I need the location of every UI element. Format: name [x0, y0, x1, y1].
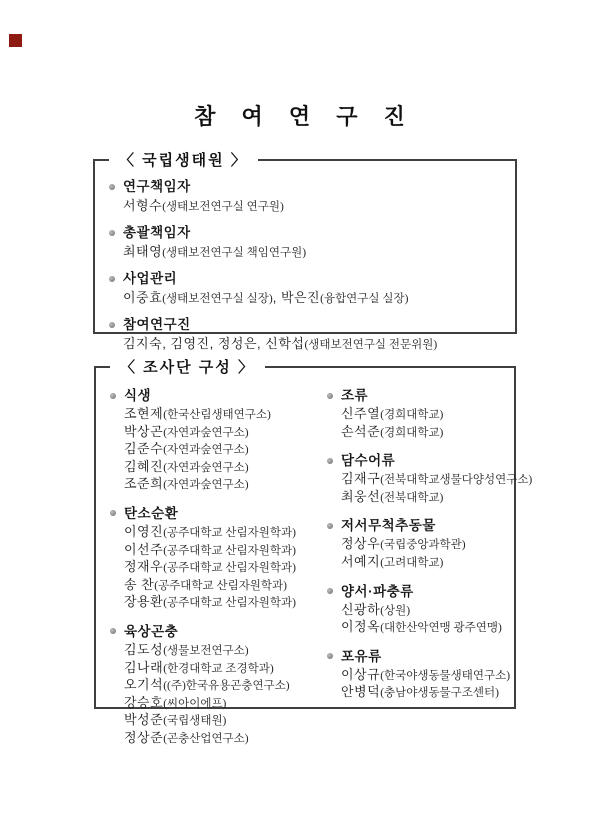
member-list: 이상규(한국야생동물생태연구소)안병덕(충남야생동물구조센터) [341, 667, 532, 702]
member-affiliation: (자연과숲연구소) [163, 444, 248, 456]
member-row: 김도성(생물보전연구소) [124, 642, 327, 660]
bullet-icon [109, 230, 115, 236]
member-name: 정재우 [124, 559, 163, 574]
bullet-icon [327, 588, 333, 594]
researcher-item: 총괄책임자최태영(생태보전연구실 책임연구원) [109, 224, 509, 261]
member-name: 박은진 [281, 290, 320, 305]
member-affiliation: (전북대학교생물다양성연구소) [380, 474, 532, 486]
member-affiliation: (자연과숲연구소) [163, 427, 248, 439]
bullet-icon [109, 322, 115, 328]
bullet-icon [110, 393, 116, 399]
researcher-item: 연구책임자서형수(생태보전연구실 연구원) [109, 178, 509, 215]
member-affiliation: (한국산림생태연구소) [163, 409, 271, 421]
member-affiliation: (대한산악연맹 광주연맹) [380, 622, 502, 634]
field-head: 저서무척추동물 [327, 517, 532, 534]
member-row: 신주열(경희대학교) [341, 406, 532, 424]
item-head: 참여연구진 [109, 316, 509, 333]
field-head: 조류 [327, 387, 532, 404]
member-affiliation: (융합연구실 실장) [320, 293, 408, 305]
field-head: 담수어류 [327, 452, 532, 469]
field-head: 양서·파충류 [327, 583, 532, 600]
item-head: 총괄책임자 [109, 224, 509, 241]
member-name: 이영진 [124, 524, 163, 539]
member-name: 최웅선 [341, 489, 380, 504]
separator: , [273, 290, 281, 305]
member-list: 신주열(경희대학교)손석준(경희대학교) [341, 406, 532, 441]
page-title: 참 여 연 구 진 [0, 100, 609, 131]
member-affiliation: ((주)한국유용곤충연구소) [163, 680, 289, 692]
document-page: { "page": { "title": "참 여 연 구 진" }, "cor… [0, 0, 609, 840]
member-row: 정재우(공주대학교 산림자원학과) [124, 559, 327, 577]
member-name: 조현제 [124, 406, 163, 421]
member-row: 김나래(한경대학교 조경학과) [124, 660, 327, 678]
member-row: 조준희(자연과숲연구소) [124, 476, 327, 494]
member-name: 이중효 [123, 290, 162, 305]
role-label: 사업관리 [123, 270, 177, 287]
member-row: 조현제(한국산림생태연구소) [124, 406, 327, 424]
member-row: 송 찬(공주대학교 산림자원학과) [124, 577, 327, 595]
section1-legend: 〈 국립생태원 〉 [109, 149, 258, 170]
member-affiliation: (고려대학교) [380, 557, 443, 569]
member-affiliation: (경희대학교) [380, 427, 443, 439]
bullet-icon [110, 628, 116, 634]
member-affiliation: (씨아이에프) [163, 698, 226, 710]
member-row: 서예지(고려대학교) [341, 554, 532, 572]
survey-field: 양서·파충류신광하(상원)이정옥(대한산악연맹 광주연맹) [327, 583, 532, 637]
member-affiliation: (자연과숲연구소) [163, 479, 248, 491]
section-survey-team-composition: 〈 조사단 구성 〉 식생조현제(한국산림생태연구소)박상곤(자연과숲연구소)김… [94, 366, 516, 709]
bullet-icon [327, 523, 333, 529]
member-name: 박성준 [124, 712, 163, 727]
member-affiliation: (공주대학교 산림자원학과) [163, 597, 296, 609]
field-label: 육상곤충 [124, 623, 178, 640]
member-affiliation: (자연과숲연구소) [163, 462, 248, 474]
member-row: 김재구(전북대학교생물다양성연구소) [341, 471, 532, 489]
field-label: 식생 [124, 387, 151, 404]
member-list: 조현제(한국산림생태연구소)박상곤(자연과숲연구소)김준수(자연과숲연구소)김혜… [124, 406, 327, 494]
field-head: 육상곤충 [110, 623, 327, 640]
member-name: 이정옥 [341, 619, 380, 634]
member-row: 장용환(공주대학교 산림자원학과) [124, 594, 327, 612]
member-affiliation: (생태보전연구실 전문위원) [304, 339, 437, 351]
researcher-item: 참여연구진김지숙, 김영진, 정성은, 신학섭(생태보전연구실 전문위원) [109, 316, 509, 353]
member-row: 김준수(자연과숲연구소) [124, 441, 327, 459]
member-name: 이상규 [341, 667, 380, 682]
survey-field: 육상곤충김도성(생물보전연구소)김나래(한경대학교 조경학과)오기석((주)한국… [110, 623, 327, 748]
member-list: 김도성(생물보전연구소)김나래(한경대학교 조경학과)오기석((주)한국유용곤충… [124, 642, 327, 748]
bullet-icon [327, 393, 333, 399]
separator: , [210, 336, 218, 351]
member-row: 강승호(씨아이에프) [124, 695, 327, 713]
member-affiliation: (생태보전연구실 책임연구원) [162, 247, 306, 259]
member-row: 신광하(상원) [341, 602, 532, 620]
member-name: 김혜진 [124, 459, 163, 474]
member-list: 정상우(국립중앙과학관)서예지(고려대학교) [341, 536, 532, 571]
member-name: 송 찬 [124, 577, 154, 592]
member-row: 정상준(곤충산업연구소) [124, 730, 327, 748]
member-affiliation: (국립생태원) [163, 715, 226, 727]
member-name: 정상준 [124, 730, 163, 745]
survey-field: 포유류이상규(한국야생동물생태연구소)안병덕(충남야생동물구조센터) [327, 648, 532, 702]
member-line: 이중효(생태보전연구실 실장), 박은진(융합연구실 실장) [123, 290, 509, 307]
member-name: 정성은 [218, 336, 257, 351]
member-row: 최웅선(전북대학교) [341, 489, 532, 507]
member-name: 김지숙 [123, 336, 162, 351]
member-affiliation: (상원) [380, 605, 410, 617]
member-affiliation: (공주대학교 산림자원학과) [163, 545, 296, 557]
corner-stamp-mark [9, 34, 22, 47]
member-row: 이상규(한국야생동물생태연구소) [341, 667, 532, 685]
member-line: 서형수(생태보전연구실 연구원) [123, 198, 509, 215]
section1-item-list: 연구책임자서형수(생태보전연구실 연구원)총괄책임자최태영(생태보전연구실 책임… [95, 161, 515, 353]
member-affiliation: (공주대학교 산림자원학과) [163, 527, 296, 539]
member-affiliation: (한국야생동물생태연구소) [380, 670, 510, 682]
field-label: 저서무척추동물 [341, 517, 436, 534]
researcher-item: 사업관리이중효(생태보전연구실 실장), 박은진(융합연구실 실장) [109, 270, 509, 307]
member-row: 김혜진(자연과숲연구소) [124, 459, 327, 477]
field-head: 포유류 [327, 648, 532, 665]
member-affiliation: (국립중앙과학관) [380, 539, 465, 551]
member-list: 신광하(상원)이정옥(대한산악연맹 광주연맹) [341, 602, 532, 637]
section2-columns: 식생조현제(한국산림생태연구소)박상곤(자연과숲연구소)김준수(자연과숲연구소)… [96, 368, 514, 759]
member-row: 안병덕(충남야생동물구조센터) [341, 684, 532, 702]
field-head: 탄소순환 [110, 505, 327, 522]
member-affiliation: (생태보전연구실 실장) [162, 293, 273, 305]
member-affiliation: (공주대학교 산림자원학과) [163, 562, 296, 574]
field-label: 양서·파충류 [341, 583, 414, 600]
member-affiliation: (곤충산업연구소) [163, 733, 248, 745]
section2-right-column: 조류신주열(경희대학교)손석준(경희대학교)담수어류김재구(전북대학교생물다양성… [327, 387, 532, 759]
member-name: 안병덕 [341, 684, 380, 699]
survey-field: 조류신주열(경희대학교)손석준(경희대학교) [327, 387, 532, 441]
member-name: 김도성 [124, 642, 163, 657]
member-row: 박상곤(자연과숲연구소) [124, 424, 327, 442]
member-affiliation: (생물보전연구소) [163, 645, 248, 657]
member-name: 이선주 [124, 542, 163, 557]
role-label: 참여연구진 [123, 316, 191, 333]
member-affiliation: (전북대학교) [380, 492, 443, 504]
member-name: 서예지 [341, 554, 380, 569]
item-head: 사업관리 [109, 270, 509, 287]
member-name: 손석준 [341, 424, 380, 439]
member-name: 박상곤 [124, 424, 163, 439]
survey-field: 탄소순환이영진(공주대학교 산림자원학과)이선주(공주대학교 산림자원학과)정재… [110, 505, 327, 612]
member-name: 김영진 [170, 336, 209, 351]
member-row: 정상우(국립중앙과학관) [341, 536, 532, 554]
member-affiliation: (한경대학교 조경학과) [163, 663, 274, 675]
member-name: 강승호 [124, 695, 163, 710]
member-row: 오기석((주)한국유용곤충연구소) [124, 677, 327, 695]
bullet-icon [109, 276, 115, 282]
member-name: 오기석 [124, 677, 163, 692]
member-row: 박성준(국립생태원) [124, 712, 327, 730]
role-label: 총괄책임자 [123, 224, 191, 241]
member-name: 장용환 [124, 594, 163, 609]
survey-field: 담수어류김재구(전북대학교생물다양성연구소)최웅선(전북대학교) [327, 452, 532, 506]
bullet-icon [327, 653, 333, 659]
member-name: 최태영 [123, 244, 162, 259]
member-name: 김준수 [124, 441, 163, 456]
survey-field: 저서무척추동물정상우(국립중앙과학관)서예지(고려대학교) [327, 517, 532, 571]
bullet-icon [110, 510, 116, 516]
section-national-institute-of-ecology: 〈 국립생태원 〉 연구책임자서형수(생태보전연구실 연구원)총괄책임자최태영(… [93, 159, 517, 334]
member-row: 이정옥(대한산악연맹 광주연맹) [341, 619, 532, 637]
member-name: 조준희 [124, 476, 163, 491]
member-name: 정상우 [341, 536, 380, 551]
section2-left-column: 식생조현제(한국산림생태연구소)박상곤(자연과숲연구소)김준수(자연과숲연구소)… [110, 387, 327, 759]
member-name: 서형수 [123, 198, 162, 213]
field-label: 탄소순환 [124, 505, 178, 522]
member-name: 신광하 [341, 602, 380, 617]
member-row: 이선주(공주대학교 산림자원학과) [124, 542, 327, 560]
item-head: 연구책임자 [109, 178, 509, 195]
member-affiliation: (경희대학교) [380, 409, 443, 421]
member-line: 최태영(생태보전연구실 책임연구원) [123, 244, 509, 261]
survey-field: 식생조현제(한국산림생태연구소)박상곤(자연과숲연구소)김준수(자연과숲연구소)… [110, 387, 327, 494]
member-affiliation: (생태보전연구실 연구원) [162, 201, 284, 213]
section2-legend: 〈 조사단 구성 〉 [110, 356, 265, 377]
member-line: 김지숙, 김영진, 정성은, 신학섭(생태보전연구실 전문위원) [123, 336, 509, 353]
bullet-icon [109, 184, 115, 190]
member-list: 이영진(공주대학교 산림자원학과)이선주(공주대학교 산림자원학과)정재우(공주… [124, 524, 327, 612]
member-name: 신학섭 [265, 336, 304, 351]
member-name: 신주열 [341, 406, 380, 421]
field-label: 포유류 [341, 648, 382, 665]
role-label: 연구책임자 [123, 178, 191, 195]
member-list: 김재구(전북대학교생물다양성연구소)최웅선(전북대학교) [341, 471, 532, 506]
bullet-icon [327, 458, 333, 464]
field-head: 식생 [110, 387, 327, 404]
member-affiliation: (공주대학교 산림자원학과) [154, 580, 287, 592]
field-label: 담수어류 [341, 452, 395, 469]
member-name: 김재구 [341, 471, 380, 486]
member-row: 손석준(경희대학교) [341, 424, 532, 442]
member-affiliation: (충남야생동물구조센터) [380, 687, 499, 699]
field-label: 조류 [341, 387, 368, 404]
member-row: 이영진(공주대학교 산림자원학과) [124, 524, 327, 542]
member-name: 김나래 [124, 660, 163, 675]
